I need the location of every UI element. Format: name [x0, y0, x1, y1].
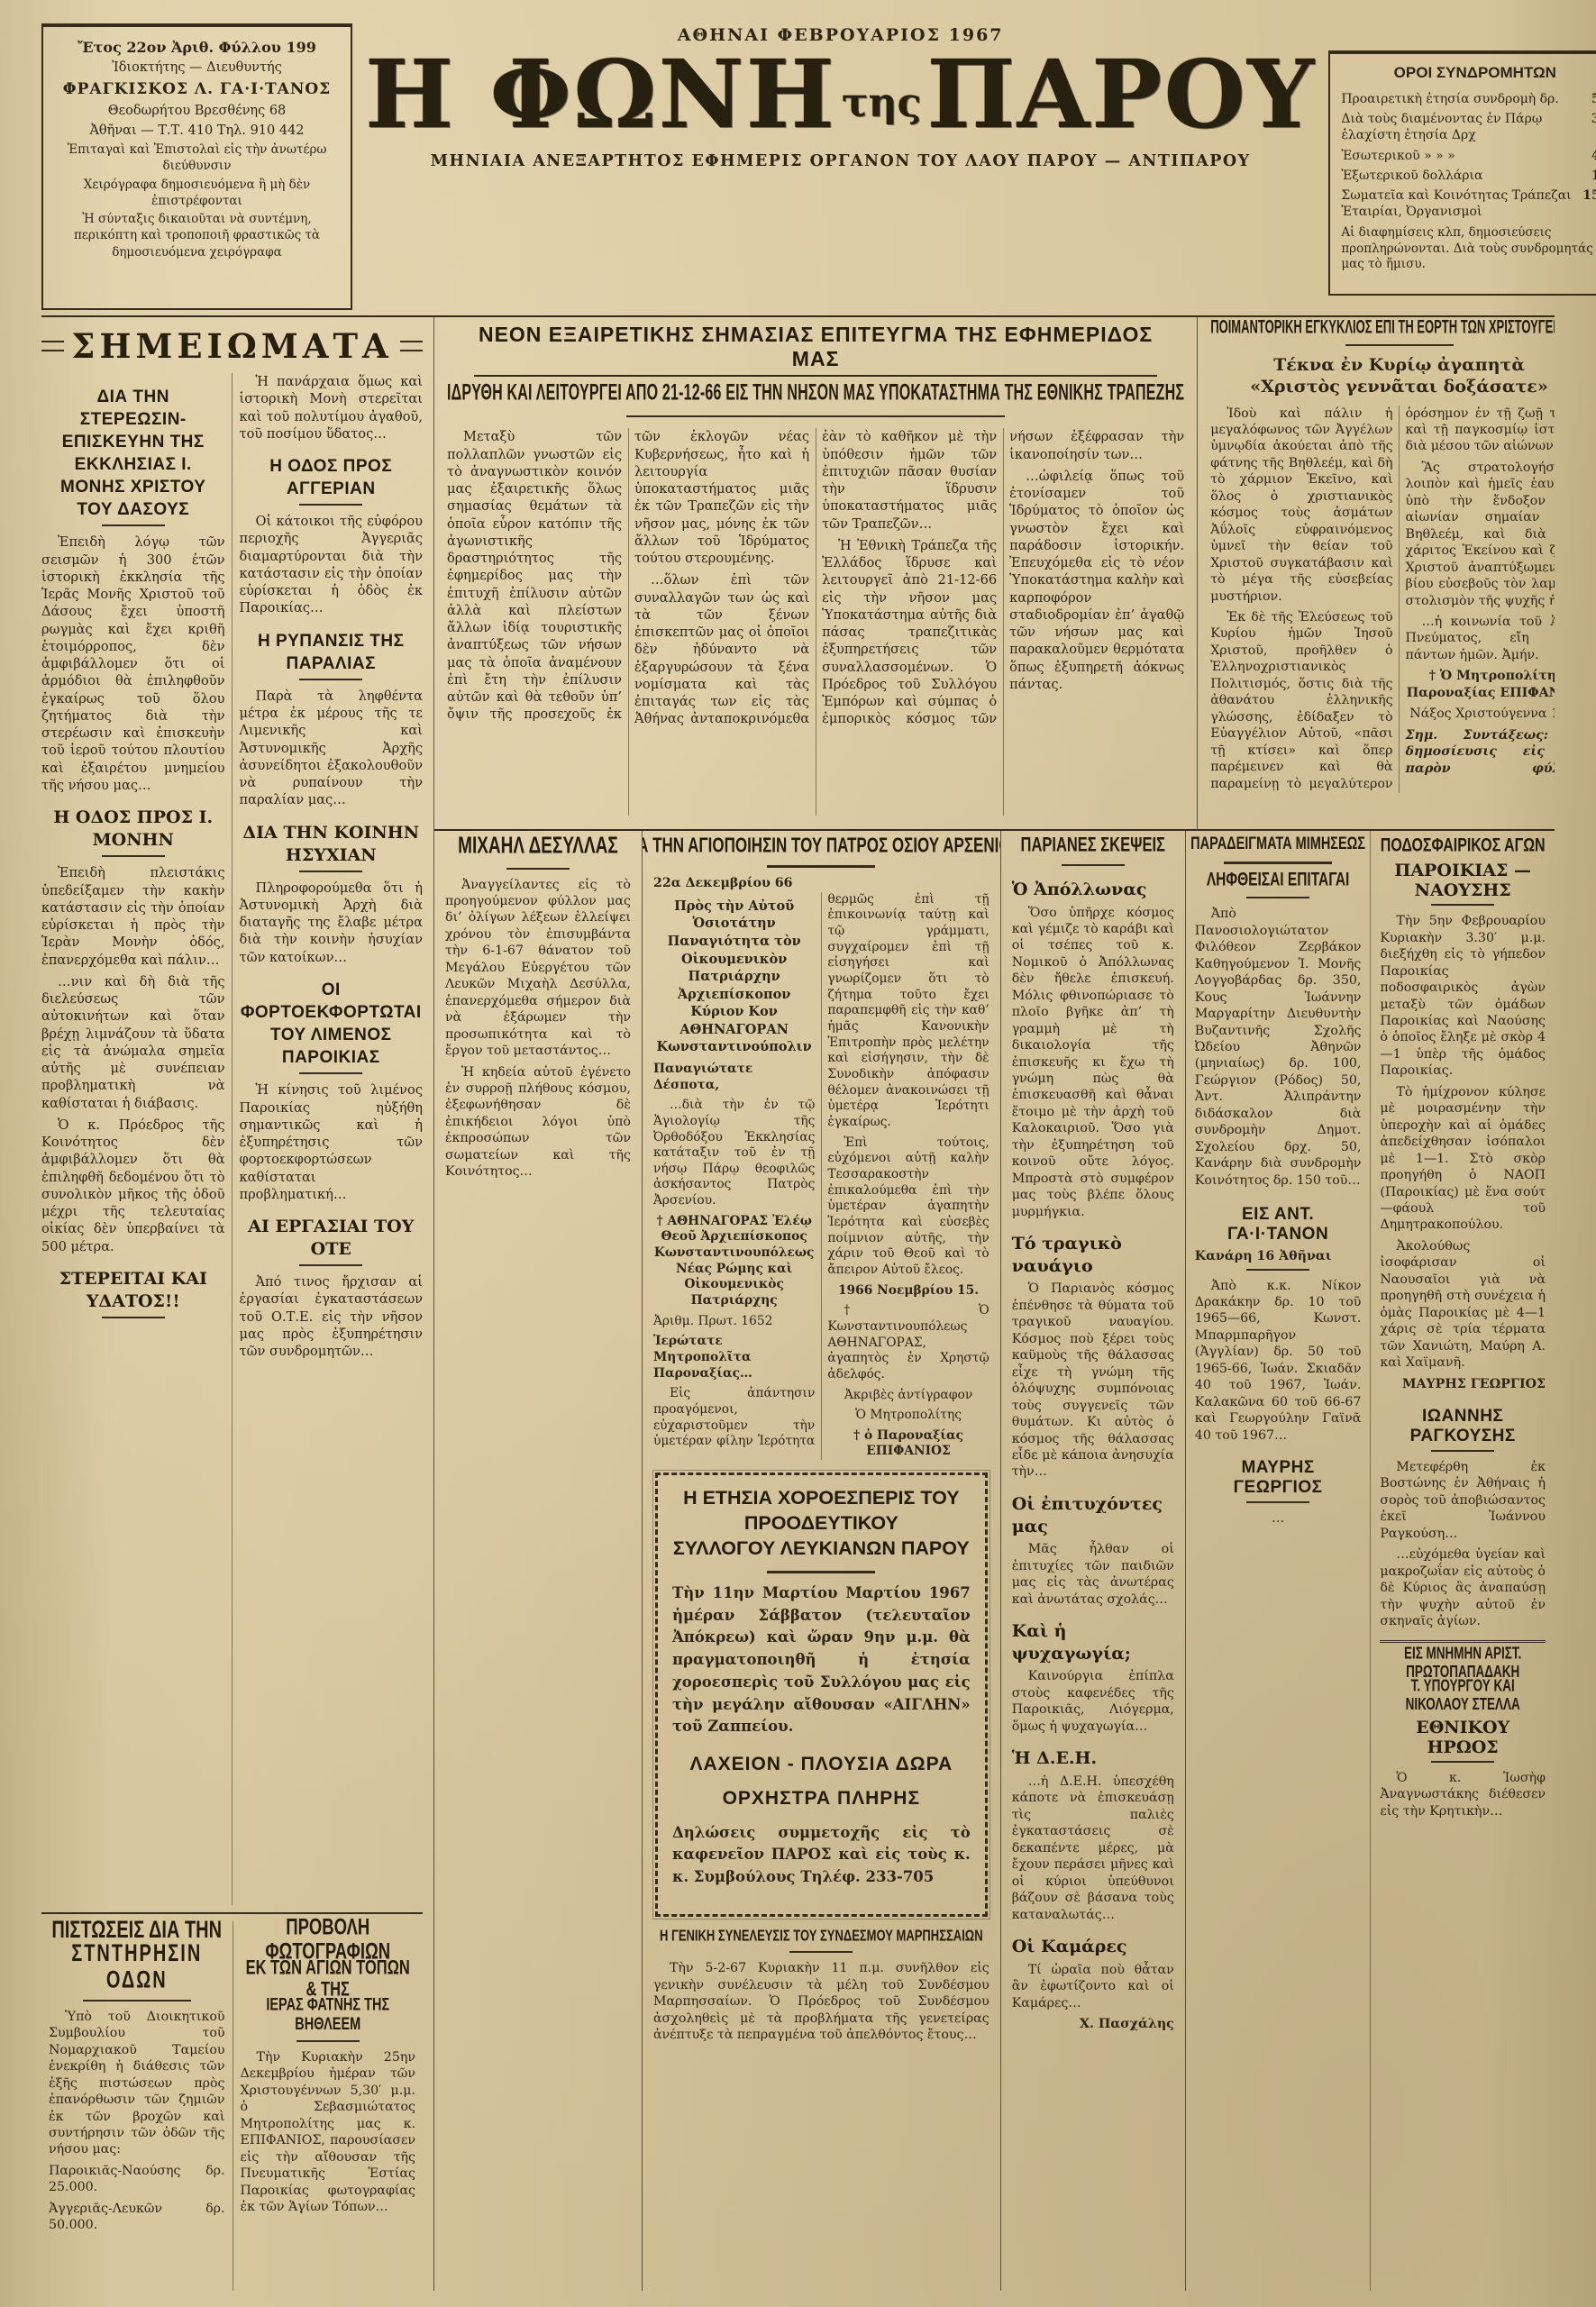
article-paragraph: Ὁ Παριανὸς κόσμος ἐπένθησε τὰ θύματα τοῦ… [1012, 1281, 1174, 1480]
section-rule [1380, 1640, 1546, 1643]
masthead-center: ΑΘΗΝΑΙ ΦΕΒΡΟΥΑΡΙΟΣ 1967 Η ΦΩΝΗτηςΠΑΡΟΥ Μ… [365, 23, 1316, 310]
headline-rule [1431, 1450, 1494, 1452]
article-paragraph: Ἀναγγείλαντες εἰς τὸ προηγούμενον φύλλον… [445, 877, 631, 1060]
headline-rule [1224, 862, 1332, 864]
article-headline: ΕΙΣ ΑΝΤ. ΓΑ·Ι·ΤΑΝΟΝ [1195, 1205, 1362, 1245]
title-part-1: Η ΦΩΝΗ [365, 39, 836, 150]
article-paragraph: …ἡ κοινωνία τοῦ Ἁγίου Πνεύματος, εἴη μετ… [1406, 614, 1555, 663]
announcement-line: ΛΑΧΕΙΟΝ - ΠΛΟΥΣΙΑ ΔΩΡΑ [672, 1754, 971, 1775]
lower-band: ΜΙΧΑΗΛ ΔΕΣΥΛΛΑΣ Ἀναγγείλαντες εἰς τὸ προ… [434, 831, 1555, 2291]
terms-row: Ἐξωτερικοῦ δολλάρια10 [1341, 168, 1596, 184]
headline-rule [299, 1264, 362, 1266]
kicker-banner: ΝΕΟΝ ΕΞΑΙΡΕΤΙΚΗΣ ΣΗΜΑΣΙΑΣ ΕΠΙΤΕΥΓΜΑ ΤΗΣ … [474, 323, 1157, 377]
article-paragraph: Μετεφέρθη ἐκ Βοστώνης ἐν Ἀθήναις ἡ σορὸς… [1380, 1459, 1546, 1542]
salutation-line: «Χριστὸς γεννᾶται δοξάσατε» [1210, 377, 1555, 398]
headline-rule [299, 871, 362, 872]
letter-date: 1966 Νοεμβρίου 15. [827, 1283, 989, 1299]
article-headline: ΠΟΙΜΑΝΤΟΡΙΚΗ ΕΓΚΥΚΛΙΟΣ ΕΠΙ ΤΗ ΕΟΡΤΗ ΤΩΝ … [1210, 317, 1555, 337]
notes-header: ΣΗΜΕΙΩΜΑΤΑ [41, 326, 423, 366]
term-label: Διὰ τοὺς διαμένοντας ἐν Πάρῳ ἐλαχίστη ἐτ… [1341, 111, 1591, 143]
article-body: Τὴν 5ην Φεβρουαρίου Κυριακὴν 3.30′ μ.μ. … [1380, 913, 1546, 1392]
newspaper-title: Η ΦΩΝΗτηςΠΑΡΟΥ [365, 50, 1316, 140]
headline-rule [1431, 904, 1494, 906]
term-value: 10 [1591, 168, 1596, 184]
sub-headline: Κανάρη 16 Ἀθῆναι [1195, 1248, 1362, 1264]
article-paragraph: …διὰ τὴν ἐν τῷ Ἁγιολογίῳ τῆς Ὀρθοδόξου Ἐ… [653, 1098, 815, 1209]
signature: † Ὁ Μητροπολίτης Παροναξίας ΕΠΙΦΑΝΙΟΣ [1406, 668, 1555, 701]
article-headline: ΔΙΑ ΤΗΝ ΑΓΙΟΠΟΙΗΣΙΝ ΤΟΥ ΠΑΤΡΟΣ ΟΣΙΟΥ ΑΡΣ… [642, 835, 1000, 858]
credit-line: Ἀγγεριᾶς-Λευκῶν δρ. 50.000. [49, 2201, 225, 2234]
term-value: 35 [1591, 111, 1596, 143]
article-headline: Η ΡΥΠΑΝΣΙΣ ΤΗΣ ΠΑΡΑΛΙΑΣ [240, 630, 424, 675]
sub-headline: Οἱ Καμάρες [1012, 1936, 1174, 1958]
article-body: Ἰδοὺ καὶ πάλιν ἡ μεγαλόφωνος τῶν Ἀγγέλων… [1210, 406, 1555, 793]
salutation-line: Τέκνα ἐν Κυρίῳ ἀγαπητὰ [1210, 355, 1555, 377]
article-headline: ΠΑΡΑΔΕΙΓΜΑΤΑ ΜΙΜΗΣΕΩΣ [1190, 835, 1365, 854]
headline-line: Η ΕΤΗΣΙΑ ΧΟΡΟΕΣΠΕΡΙΣ ΤΟΥ ΠΡΟΟΔΕΥΤΙΚΟΥ [672, 1486, 971, 1536]
owner-name: ΦΡΑΓΚΙΣΚΟΣ Λ. ΓΑ·Ι·ΤΑΝΟΣ [54, 79, 340, 100]
article-headline: Η ΟΔΟΣ ΠΡΟΣ ΑΓΓΕΡΙΑΝ [240, 455, 424, 500]
article-body: Ὁ κ. Ἰωσὴφ Ἀναγνωστάκης διέθεσεν εἰς τὴν… [1380, 1770, 1546, 1819]
article-headline: ΠΑΡΙΑΝΕΣ ΣΚΕΨΕΙΣ [1021, 835, 1165, 857]
article-paragraph: Ἀκολούθως ἰσοφάρισαν οἱ Ναουσαῖοι γιὰ νὰ… [1380, 1238, 1546, 1372]
notes-body: ΔΙΑ ΤΗΝ ΣΤΕΡΕΩΣΙΝ-ΕΠΙΣΚΕΥΗΝ ΤΗΣ ΕΚΚΛΗΣΙΑ… [41, 373, 423, 1905]
signature: † Ὁ Κωνσταντινουπόλεως ΑΘΗΝΑΓΟΡΑΣ, ἀγαπη… [827, 1303, 989, 1382]
signature: † ὁ Παροναξίας ΕΠΙΦΑΝΙΟΣ [827, 1428, 989, 1460]
article-bank: ΝΕΟΝ ΕΞΑΙΡΕΤΙΚΗΣ ΣΗΜΑΣΙΑΣ ΕΠΙΤΕΥΓΜΑ ΤΗΣ … [434, 317, 1198, 829]
article-paragraph: Τί ὡραῖα ποὺ θἆταν ἂν ἐφωτίζοντο καὶ οἱ … [1012, 1962, 1174, 2011]
signature-place-date: Νάξος Χριστούγεννα 1966 [1406, 706, 1555, 722]
publisher-address: Θεοδωρήτου Βρεσθένης 68 [54, 103, 340, 121]
encyclical-salutation: Τέκνα ἐν Κυρίῳ ἀγαπητὰ «Χριστὸς γεννᾶται… [1210, 355, 1555, 398]
term-value: 40 [1591, 148, 1596, 164]
article-paragraph: …νιν καὶ δὴ διὰ τῆς διελεύσεως τῶν αὐτοκ… [41, 973, 225, 1112]
headline-rule [83, 2000, 191, 2002]
letter-salutation: Ἱερώτατε Μητροπολῖτα Παροναξίας… [653, 1334, 815, 1381]
article-paragraph: Ἀπὸ Πανοσιολογιώτατον Φιλόθεον Ζερβάκον … [1195, 906, 1362, 1189]
article-body: … [1195, 1510, 1362, 1527]
author-signature: ΜΑΥΡΗΣ ΓΕΩΡΓΙΟΣ [1380, 1376, 1546, 1392]
article-paragraph: Ἀπό τινος ἤρχισαν αἱ ἐργασίαι ἐγκαταστάσ… [240, 1273, 424, 1360]
sub-headline: Ἡ Δ.Ε.Η. [1012, 1747, 1174, 1770]
headline-rule [1246, 897, 1309, 898]
article-body: Ἀναγγείλαντες εἰς τὸ προηγούμενον φύλλον… [445, 877, 631, 1181]
article-paragraph: Καινούργια ἐπίπλα στοὺς καφενέδες τῆς Πα… [1012, 1668, 1174, 1735]
headline-rule [1345, 344, 1454, 346]
term-label: Σωματεῖα καὶ Κοινότητας Τράπεζαι Ἑταιρία… [1341, 187, 1582, 220]
article-paragraph: Ὅσο ὑπῆρχε κόσμος καὶ γέμιζε τὸ καράβι κ… [1012, 905, 1174, 1221]
publisher-info-box: Ἔτος 22ον Ἀριθ. Φύλλου 199 Ἰδιοκτήτης — … [41, 23, 352, 310]
headline-rule [789, 1951, 853, 1953]
term-label: Ἐξωτερικοῦ δολλάρια [1341, 168, 1482, 184]
term-label: Προαιρετικὴ ἐτησία συνδρομὴ δρ. [1341, 91, 1558, 107]
sub-headline: Ὁ Ἀπόλλωνας [1012, 879, 1174, 901]
article-paragraph: Πληροφορούμεθα ὅτι ἡ Ἀστυνομικὴ Ἀρχὴ διὰ… [240, 880, 424, 966]
title-part-3: ΠΑΡΟΥ [926, 39, 1316, 150]
article-body: Μετεφέρθη ἐκ Βοστώνης ἐν Ἀθήναις ἡ σορὸς… [1380, 1459, 1546, 1630]
sub-headline: Καὶ ἡ ψυχαγωγία; [1012, 1620, 1174, 1664]
article-body: Ἀπὸ κ.κ. Νίκον Δρακάκην δρ. 10 τοῦ 1965—… [1195, 1278, 1362, 1445]
headline-rule [1431, 1761, 1494, 1763]
article-desyllas: ΜΙΧΑΗΛ ΔΕΣΥΛΛΑΣ Ἀναγγείλαντες εἰς τὸ προ… [434, 831, 642, 2291]
newspaper-front-page: Ἔτος 22ον Ἀριθ. Φύλλου 199 Ἰδιοκτήτης — … [0, 0, 1596, 2307]
headline-rule [767, 865, 875, 868]
article-paragraph: Τὴν 5-2-67 Κυριακὴν 11 π.μ. συνῆλθον εἰς… [653, 1960, 990, 2043]
article-paragraph: Μᾶς ἦλθαν οἱ ἐπιτυχίες τῶν παιδιῶν μας ε… [1012, 1541, 1174, 1608]
publisher-city-phone: Ἀθῆναι — Τ.Τ. 410 Τηλ. 910 442 [54, 123, 340, 141]
newspaper-subtitle: ΜΗΝΙΑΙΑ ΑΝΕΞΑΡΤΗΤΟΣ ΕΦΗΜΕΡΙΣ ΟΡΓΑΝΟΝ ΤΟΥ… [365, 152, 1316, 170]
headline-rule [102, 524, 165, 526]
column-donations: ΠΑΡΑΔΕΙΓΜΑΤΑ ΜΙΜΗΣΕΩΣ ΛΗΦΘΕΙΣΑΙ ΕΠΙΤΑΓΑΙ… [1186, 831, 1371, 2291]
headline-line: ΣΥΛΛΟΓΟΥ ΛΕΥΚΙΑΝΩΝ ΠΑΡΟΥ [672, 1536, 971, 1562]
article-headline: ΑΙ ΕΡΓΑΣΙΑΙ ΤΟΥ ΟΤΕ [240, 1216, 424, 1261]
issue-number: Ἔτος 22ον Ἀριθ. Φύλλου 199 [54, 38, 340, 58]
headline-rule [506, 868, 570, 870]
protocol-number: Ἀριθμ. Πρωτ. 1652 [653, 1314, 815, 1330]
top-band: ΝΕΟΝ ΕΞΑΙΡΕΤΙΚΗΣ ΣΗΜΑΣΙΑΣ ΕΠΙΤΕΥΓΜΑ ΤΗΣ … [434, 317, 1555, 829]
terms-title: ΟΡΟΙ ΣΥΝΔΡΟΜΗΤΩΝ [1341, 63, 1596, 84]
article-headline: ΙΩΑΝΝΗΣ ΡΑΓΚΟΥΣΗΣ [1380, 1407, 1546, 1446]
article-paragraph: Ἐπὶ τούτοις, εὐχόμενοι αὐτῇ καλὴν Τεσσαρ… [827, 1135, 989, 1279]
column-sports-obituaries: ΠΟΔΟΣΦΑΙΡΙΚΟΣ ΑΓΩΝ ΠΑΡΟΙΚΙΑΣ — ΝΑΟΥΣΗΣ Τ… [1370, 831, 1555, 2291]
terms-row: Προαιρετικὴ ἐτησία συνδρομὴ δρ.50 [1341, 91, 1596, 107]
editing-note: Ἡ σύνταξις δικαιοῦται νὰ συντέμνη, περικ… [54, 211, 340, 260]
masthead: Ἔτος 22ον Ἀριθ. Φύλλου 199 Ἰδιοκτήτης — … [41, 23, 1555, 310]
article-headline: ΔΙΑ ΤΗΝ ΣΤΕΡΕΩΣΙΝ-ΕΠΙΣΚΕΥΗΝ ΤΗΣ ΕΚΚΛΗΣΙΑ… [41, 386, 225, 521]
letterhead: † ΑΘΗΝΑΓΟΡΑΣ Ἐλέῳ Θεοῦ Ἀρχιεπίσκοπος Κων… [653, 1214, 815, 1309]
headline-rule [1246, 1269, 1309, 1271]
article-body: Πρὸς τὴν Αὐτοῦ Ὁσιοτάτην Παναγιότητα τὸν… [653, 892, 990, 1460]
article-headline: ΛΗΦΘΕΙΣΑΙ ΕΠΙΤΑΓΑΙ [1207, 871, 1350, 891]
sub-headline: Τό τραγικὸ ναυάγιο [1012, 1233, 1174, 1277]
headline-rule [102, 855, 165, 857]
terms-row: Διὰ τοὺς διαμένοντας ἐν Πάρῳ ἐλαχίστη ἐτ… [1341, 111, 1596, 143]
term-value: 150 [1582, 187, 1596, 220]
rule-ornament [41, 341, 64, 351]
terms-note: Αἱ διαφημίσεις κλπ, δημοσιεύσεις προπληρ… [1341, 225, 1596, 273]
bottom-left-band: ΠΙΣΤΩΣΕΙΣ ΔΙΑ ΤΗΝ ΣΤΝΤΗΡΗΣΙΝ ΟΔΩΝ Ὑπὸ το… [41, 1912, 423, 2291]
letter-salutation: Παναγιώτατε Δέσποτα, [653, 1062, 815, 1093]
article-paragraph: Παρὰ τὰ ληφθέντα μέτρα ἐκ μέρους τῆς τε … [240, 688, 424, 809]
term-value: 50 [1591, 91, 1596, 107]
article-parianes: ΠΑΡΙΑΝΕΣ ΣΚΕΨΕΙΣ Ὁ Ἀπόλλωνας Ὅσο ὑπῆρχε … [1000, 831, 1185, 2291]
article-paragraph: …ὠφιλείᾳ ὅπως τοῦ ἐτονίσαμεν τοῦ Ἱδρύματ… [1009, 468, 1184, 693]
article-paragraph: Ἡ κηδεία αὐτοῦ ἐγένετο ἐν συρροῇ πλήθους… [445, 1064, 631, 1181]
address-line: Πρὸς τὴν Αὐτοῦ Ὁσιοτάτην Παναγιότητα τὸν… [653, 898, 815, 986]
article-body: Τὴν 5-2-67 Κυριακὴν 11 π.μ. συνῆλθον εἰς… [653, 1960, 990, 2043]
owner-role: Ἰδιοκτήτης — Διευθυντής [54, 59, 340, 78]
headline-rule [296, 2040, 360, 2042]
sub-headline: Οἱ ἐπιτυχόντες μας [1012, 1493, 1174, 1537]
article-headline: ΙΕΡΑΣ ΦΑΤΝΗΣ ΤΗΣ ΒΗΘΛΕΕΜ [241, 1996, 416, 2034]
article-paragraph: Ὁ κ. Πρόεδρος τῆς Κοινότητος δὲν ἀμφιβάλ… [41, 1117, 225, 1255]
article-headline: ΠΟΔΟΣΦΑΙΡΙΚΟΣ ΑΓΩΝ [1381, 835, 1546, 856]
copy-note: Ἀκριβὲς ἀντίγραφον [827, 1388, 989, 1404]
author-signature: Χ. Πασχάλης [1012, 2016, 1174, 2032]
announcement-paragraph: Δηλώσεις συμμετοχῆς εἰς τὸ καφενεῖον ΠΑΡ… [672, 1822, 971, 1889]
letter-address: Πρὸς τὴν Αὐτοῦ Ὁσιοτάτην Παναγιότητα τὸν… [653, 898, 815, 1056]
title-part-2: της [836, 80, 926, 126]
announcement-line: ΟΡΧΗΣΤΡΑ ΠΛΗΡΗΣ [672, 1788, 971, 1810]
headline-rule [299, 504, 362, 506]
rule-ornament [400, 341, 423, 351]
article-paragraph: …ἡ Δ.Ε.Η. ὑπεσχέθη κάποτε νὰ ἐπισκευάσῃ … [1012, 1774, 1174, 1923]
article-paragraph: Τὸ ἡμίχρονον κύλησε μὲ μοιρασμένην τὴν ὑ… [1380, 1084, 1546, 1234]
notes-title: ΣΗΜΕΙΩΜΑΤΑ [71, 326, 392, 366]
article-headline: Η ΟΔΟΣ ΠΡΟΣ Ι. ΜΟΝΗΝ [41, 807, 225, 852]
article-paragraph: Ἡ πανάρχαια ὅμως καὶ ἱστορικὴ Μονὴ στερε… [240, 373, 424, 442]
headline-rule [1062, 864, 1125, 866]
article-headline: Τ. ΥΠΟΥΡΓΟΥ ΚΑΙ ΝΙΚΟΛΑΟΥ ΣΤΕΛΛΑ [1380, 1678, 1546, 1713]
article-paragraph: Ἐπειδὴ πλειστάκις ὑπεδείξαμεν τὴν κακὴν … [41, 864, 225, 969]
manuscripts-note: Χειρόγραφα δημοσιευόμενα ἢ μὴ δὲν ἐπιστρ… [54, 177, 340, 209]
article-headline: ΠΑΡΟΙΚΙΑΣ — ΝΑΟΥΣΗΣ [1380, 861, 1546, 900]
address-line: Κωνσταντινούπολιν [653, 1038, 815, 1056]
article-headline: Η ΓΕΝΙΚΗ ΣΥΝΕΛΕΥΣΙΣ ΤΟΥ ΣΥΝΔΕΣΜΟΥ ΜΑΡΠΗΣ… [660, 1928, 983, 1945]
terms-row: Σωματεῖα καὶ Κοινότητας Τράπεζαι Ἑταιρία… [1341, 187, 1596, 220]
article-provoli: ΠΡΟΒΟΛΗ ΦΩΤΟΓΡΑΦΙΩΝ ΕΚ ΤΩΝ ΑΓΙΩΝ ΤΟΠΩΝ &… [233, 1921, 424, 2291]
article-headline: ΜΙΧΑΗΛ ΔΕΣΥΛΛΑΣ [458, 834, 618, 860]
letter-date: 22α Δεκεμβρίου 66 [653, 875, 990, 891]
article-paragraph: … [1195, 1510, 1362, 1527]
main-headline: ΙΔΡΥΘΗ ΚΑΙ ΛΕΙΤΟΥΡΓΕΙ ΑΠΟ 21-12-66 ΕΙΣ Τ… [447, 381, 1184, 406]
address-line: Ἀρχιεπίσκοπον Κύριον Κον ΑΘΗΝΑΓΟΡΑΝ [653, 986, 815, 1039]
term-label: Ἐσωτερικοῦ » » » [1341, 148, 1455, 164]
headline-rule [299, 679, 362, 680]
article-body: Ὁ Ἀπόλλωνας Ὅσο ὑπῆρχε κόσμος καὶ γέμιζε… [1012, 879, 1174, 2033]
article-headline: ΕΘΝΙΚΟΥ ΗΡΩΟΣ [1380, 1718, 1546, 1757]
article-headline: ΟΙ ΦΟΡΤΟΕΚΦΟΡΤΩΤΑΙ ΤΟΥ ΛΙΜΕΝΟΣ ΠΑΡΟΙΚΙΑΣ [240, 979, 424, 1069]
notes-column: ΣΗΜΕΙΩΜΑΤΑ ΔΙΑ ΤΗΝ ΣΤΕΡΕΩΣΙΝ-ΕΠΙΣΚΕΥΗΝ Τ… [41, 317, 434, 2291]
article-body: Μεταξὺ τῶν πολλαπλῶν γνωστῶν εἰς τὸ ἀναγ… [447, 428, 1184, 816]
dance-announcement-box: Η ΕΤΗΣΙΑ ΧΟΡΟΕΣΠΕΡΙΣ ΤΟΥ ΠΡΟΟΔΕΥΤΙΚΟΥ ΣΥ… [655, 1473, 988, 1917]
article-arsenios: ΔΙΑ ΤΗΝ ΑΓΙΟΠΟΙΗΣΙΝ ΤΟΥ ΠΑΤΡΟΣ ΟΣΙΟΥ ΑΡΣ… [642, 831, 1000, 2291]
article-encyclical: ΠΟΙΜΑΝΤΟΡΙΚΗ ΕΓΚΥΚΛΙΟΣ ΕΠΙ ΤΗ ΕΟΡΤΗ ΤΩΝ … [1198, 317, 1555, 829]
headline-rule [626, 415, 1005, 417]
article-paragraph: Ἀπὸ κ.κ. Νίκον Δρακάκην δρ. 10 τοῦ 1965—… [1195, 1278, 1362, 1445]
headline-rule [102, 1317, 165, 1318]
article-headline: ΣΤΝΤΗΡΗΣΙΝ ΟΔΩΝ [49, 1941, 225, 1993]
article-paragraph: Ἰδοὺ καὶ πάλιν ἡ μεγαλόφωνος τῶν Ἀγγέλων… [1210, 406, 1392, 605]
article-paragraph: Τὴν 5ην Φεβρουαρίου Κυριακὴν 3.30′ μ.μ. … [1380, 913, 1546, 1080]
copy-note: Ὁ Μητροπολίτης [827, 1408, 989, 1424]
subscription-terms-box: ΟΡΟΙ ΣΥΝΔΡΟΜΗΤΩΝ Προαιρετικὴ ἐτησία συνδ… [1328, 50, 1596, 296]
headline-rule [299, 1072, 362, 1074]
article-headline: ΜΑΥΡΗΣ ΓΕΩΡΓΙΟΣ [1195, 1458, 1362, 1498]
article-headline: ΣΤΕΡΕΙΤΑΙ ΚΑΙ ΥΔΑΤΟΣ!! [41, 1268, 225, 1313]
article-paragraph: Τὴν Κυριακὴν 25ην Δεκεμβρίου ἡμέραν τῶν … [241, 2049, 416, 2216]
article-body: Ἀπὸ Πανοσιολογιώτατον Φιλόθεον Ζερβάκον … [1195, 906, 1362, 1189]
announcement-paragraph: Τὴν 11ην Μαρτίου Μαρτίου 1967 ἡμέραν Σάβ… [672, 1582, 971, 1738]
headline-rule [1246, 1501, 1309, 1503]
content-area: ΣΗΜΕΙΩΜΑΤΑ ΔΙΑ ΤΗΝ ΣΤΕΡΕΩΣΙΝ-ΕΠΙΣΚΕΥΗΝ Τ… [41, 315, 1555, 2291]
article-paragraph: Ὑπὸ τοῦ Διοικητικοῦ Συμβουλίου τοῦ Νομαρ… [49, 2009, 225, 2158]
article-paragraph: Οἱ κάτοικοι τῆς εὐφόρου περιοχῆς Ἀγγεριᾶ… [240, 513, 424, 617]
article-paragraph: Ἡ κίνησις τοῦ λιμένος Παροικίας ηὐξήθη σ… [240, 1081, 424, 1203]
article-paragraph: …εὐχόμεθα ὑγείαν καὶ μακροζωΐαν εἰς αὐτο… [1380, 1546, 1546, 1629]
credit-line: Παροικιᾶς-Ναούσης δρ. 25.000. [49, 2163, 225, 2196]
main-columns: ΝΕΟΝ ΕΞΑΙΡΕΤΙΚΗΣ ΣΗΜΑΣΙΑΣ ΕΠΙΤΕΥΓΜΑ ΤΗΣ … [434, 317, 1555, 2291]
right-columns: ΠΑΡΑΔΕΙΓΜΑΤΑ ΜΙΜΗΣΕΩΣ ΛΗΦΘΕΙΣΑΙ ΕΠΙΤΑΓΑΙ… [1185, 831, 1555, 2291]
announcement-headline: Η ΕΤΗΣΙΑ ΧΟΡΟΕΣΠΕΡΙΣ ΤΟΥ ΠΡΟΟΔΕΥΤΙΚΟΥ ΣΥ… [672, 1486, 971, 1562]
headline-rule [767, 1571, 875, 1573]
article-pistoseis: ΠΙΣΤΩΣΕΙΣ ΔΙΑ ΤΗΝ ΣΤΝΤΗΡΗΣΙΝ ΟΔΩΝ Ὑπὸ το… [41, 1921, 233, 2291]
article-paragraph: Ἐπειδὴ λόγῳ τῶν σεισμῶν ἡ 300 ἐτῶν ἱστορ… [41, 533, 225, 794]
terms-row: Ἐσωτερικοῦ » » »40 [1341, 148, 1596, 164]
article-headline: ΔΙΑ ΤΗΝ ΚΟΙΝΗΝ ΗΣΥΧΙΑΝ [240, 822, 424, 867]
article-paragraph: Ἂς στρατολογήσωμεν λοιπὸν καὶ ἡμεῖς ἑαυτ… [1406, 460, 1555, 609]
article-paragraph: Ὁ κ. Ἰωσὴφ Ἀναγνωστάκης διέθεσεν εἰς τὴν… [1380, 1770, 1546, 1819]
payments-note: Ἐπιταγαὶ καὶ Ἐπιστολαὶ εἰς τὴν ἀνωτέρω δ… [54, 141, 340, 174]
